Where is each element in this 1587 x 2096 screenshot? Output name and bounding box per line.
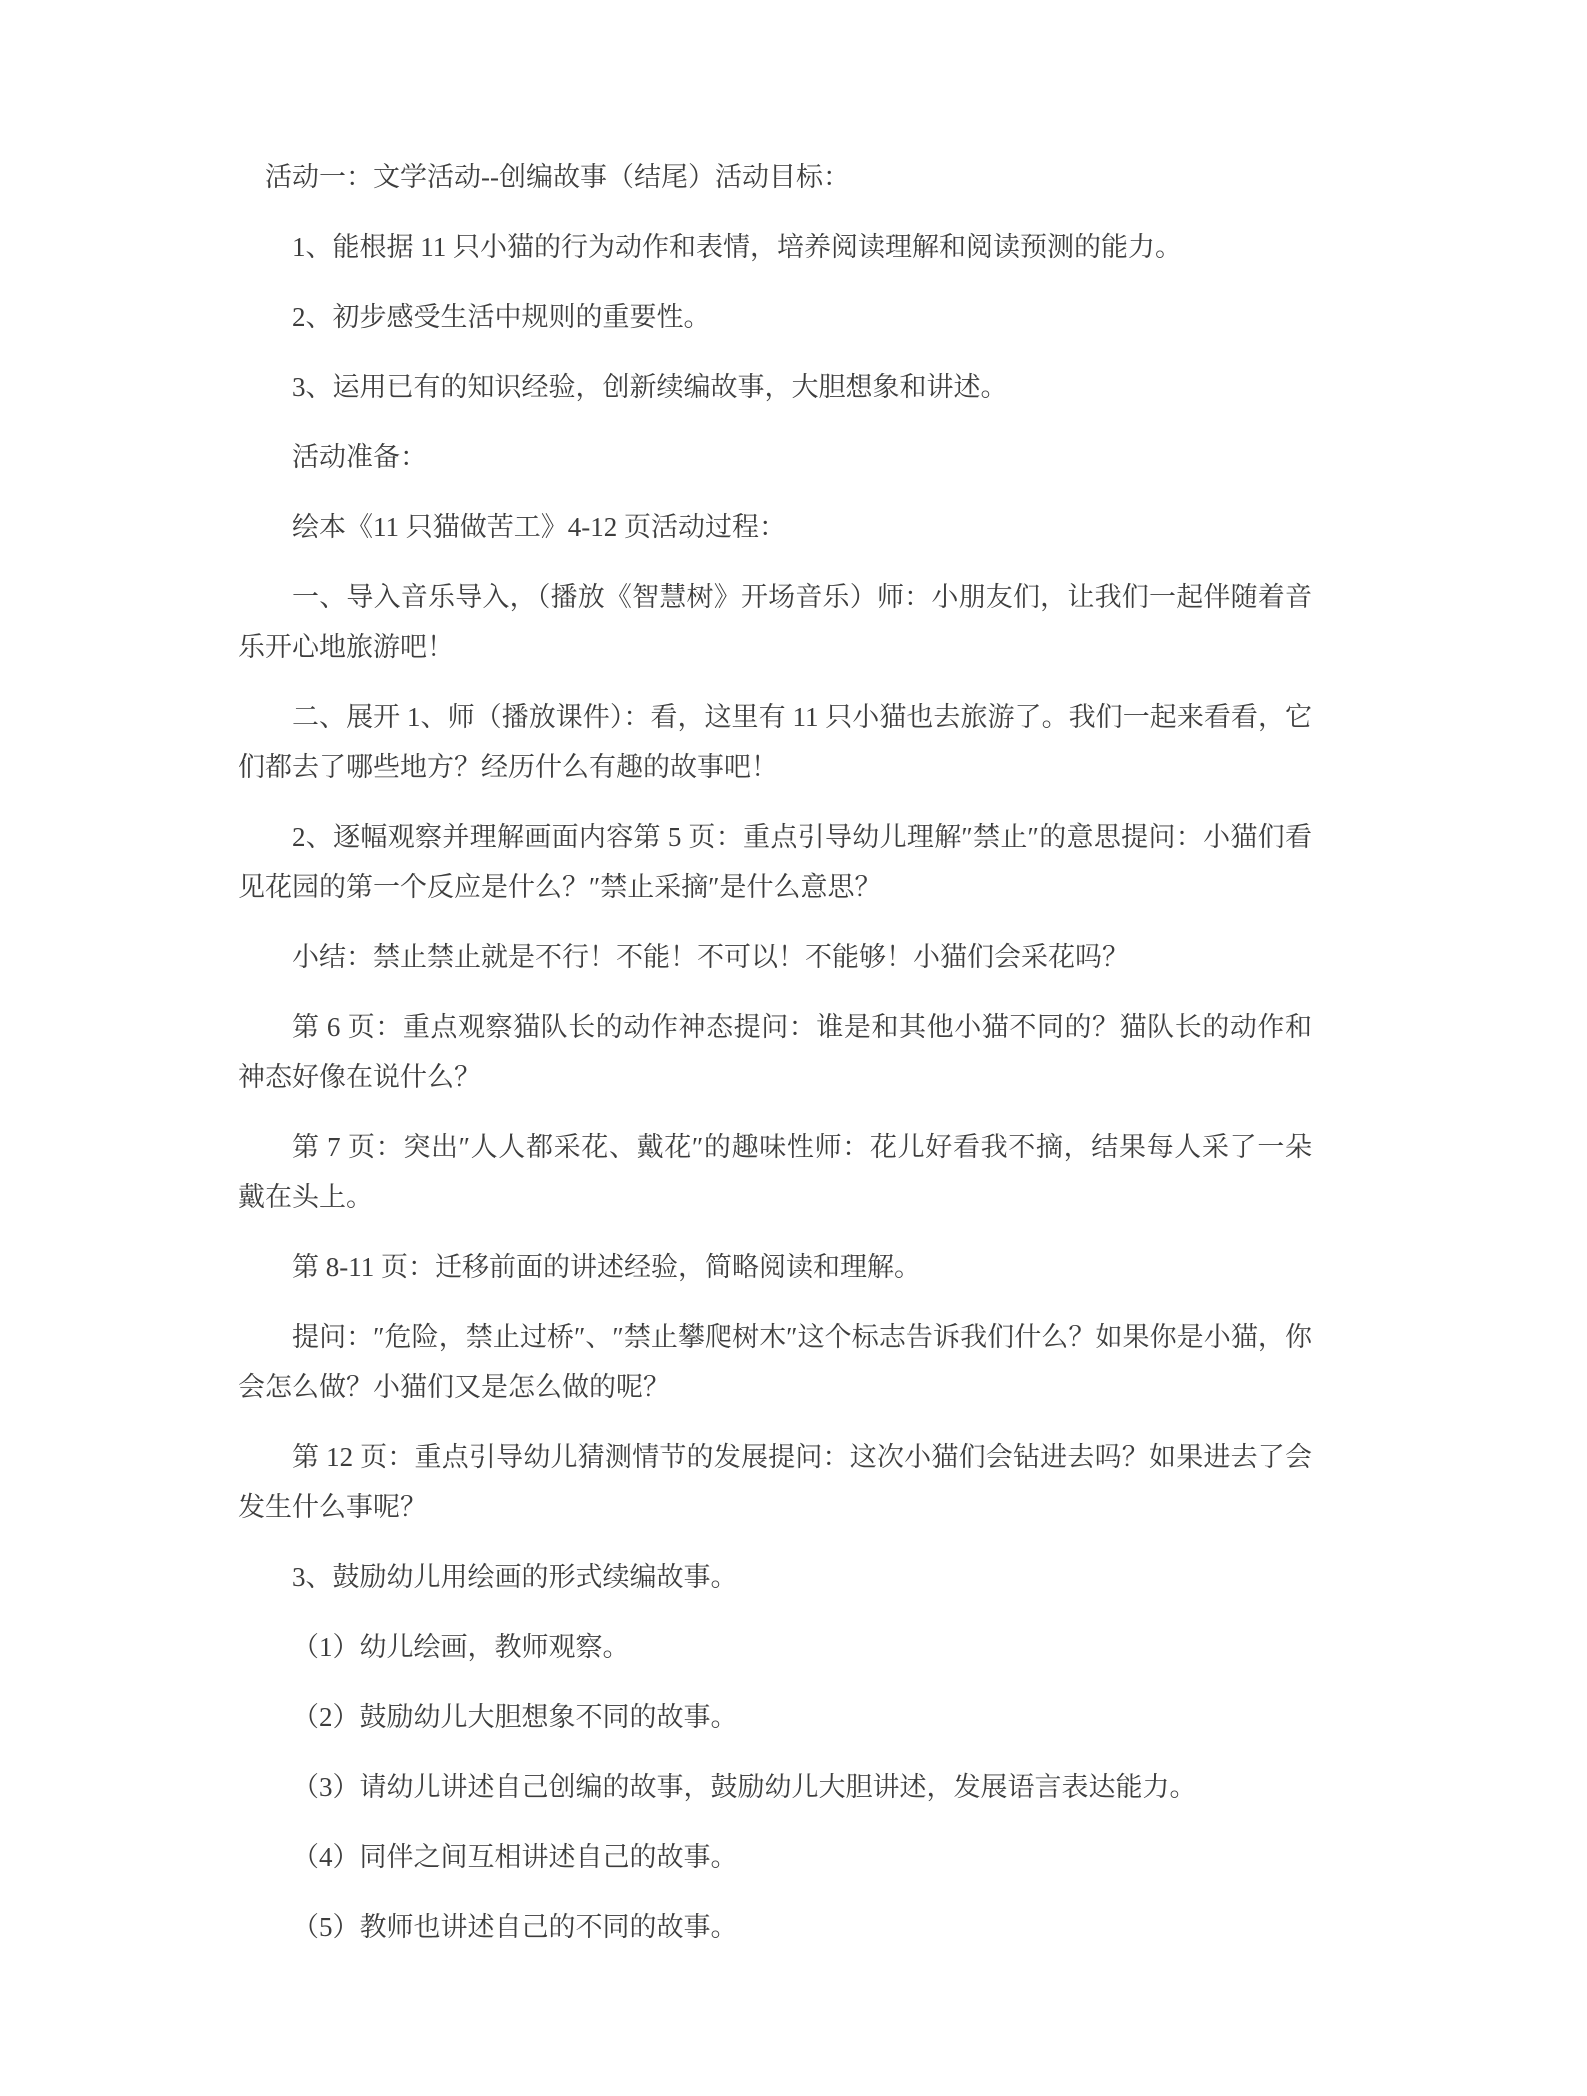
paragraph-13: 第 8-11 页：迁移前面的讲述经验，简略阅读和理解。 — [238, 1242, 1312, 1292]
paragraph-16: 3、鼓励幼儿用绘画的形式续编故事。 — [238, 1552, 1312, 1602]
paragraph-6: 绘本《11 只猫做苦工》4-12 页活动过程： — [238, 502, 1312, 552]
paragraph-18: （2）鼓励幼儿大胆想象不同的故事。 — [238, 1692, 1312, 1742]
paragraph-10: 小结：禁止禁止就是不行！不能！不可以！不能够！小猫们会采花吗？ — [238, 932, 1312, 982]
document-page: 活动一：文学活动--创编故事（结尾）活动目标：1、能根据 11 只小猫的行为动作… — [0, 0, 1587, 2096]
paragraph-17: （1）幼儿绘画，教师观察。 — [238, 1622, 1312, 1672]
paragraph-11: 第 6 页：重点观察猫队长的动作神态提问：谁是和其他小猫不同的？猫队长的动作和神… — [238, 1002, 1312, 1102]
paragraph-2: 1、能根据 11 只小猫的行为动作和表情，培养阅读理解和阅读预测的能力。 — [238, 222, 1312, 272]
paragraph-14: 提问：″危险，禁止过桥″、″禁止攀爬树木″这个标志告诉我们什么？如果你是小猫，你… — [238, 1312, 1312, 1412]
paragraph-7: 一、导入音乐导入，（播放《智慧树》开场音乐）师：小朋友们，让我们一起伴随着音乐开… — [238, 572, 1312, 672]
paragraph-8: 二、展开 1、师（播放课件）：看，这里有 11 只小猫也去旅游了。我们一起来看看… — [238, 692, 1312, 792]
paragraph-15: 第 12 页：重点引导幼儿猜测情节的发展提问：这次小猫们会钻进去吗？如果进去了会… — [238, 1432, 1312, 1532]
paragraph-20: （4）同伴之间互相讲述自己的故事。 — [238, 1832, 1312, 1882]
paragraph-12: 第 7 页：突出″人人都采花、戴花″的趣味性师：花儿好看我不摘，结果每人采了一朵… — [238, 1122, 1312, 1222]
paragraph-19: （3）请幼儿讲述自己创编的故事，鼓励幼儿大胆讲述，发展语言表达能力。 — [238, 1762, 1312, 1812]
paragraph-1: 活动一：文学活动--创编故事（结尾）活动目标： — [238, 152, 1312, 202]
paragraph-21: （5）教师也讲述自己的不同的故事。 — [238, 1902, 1312, 1952]
paragraph-4: 3、运用已有的知识经验，创新续编故事，大胆想象和讲述。 — [238, 362, 1312, 412]
paragraph-9: 2、逐幅观察并理解画面内容第 5 页：重点引导幼儿理解″禁止″的意思提问：小猫们… — [238, 812, 1312, 912]
paragraph-3: 2、初步感受生活中规则的重要性。 — [238, 292, 1312, 342]
document-body: 活动一：文学活动--创编故事（结尾）活动目标：1、能根据 11 只小猫的行为动作… — [238, 152, 1312, 1972]
paragraph-5: 活动准备： — [238, 432, 1312, 482]
